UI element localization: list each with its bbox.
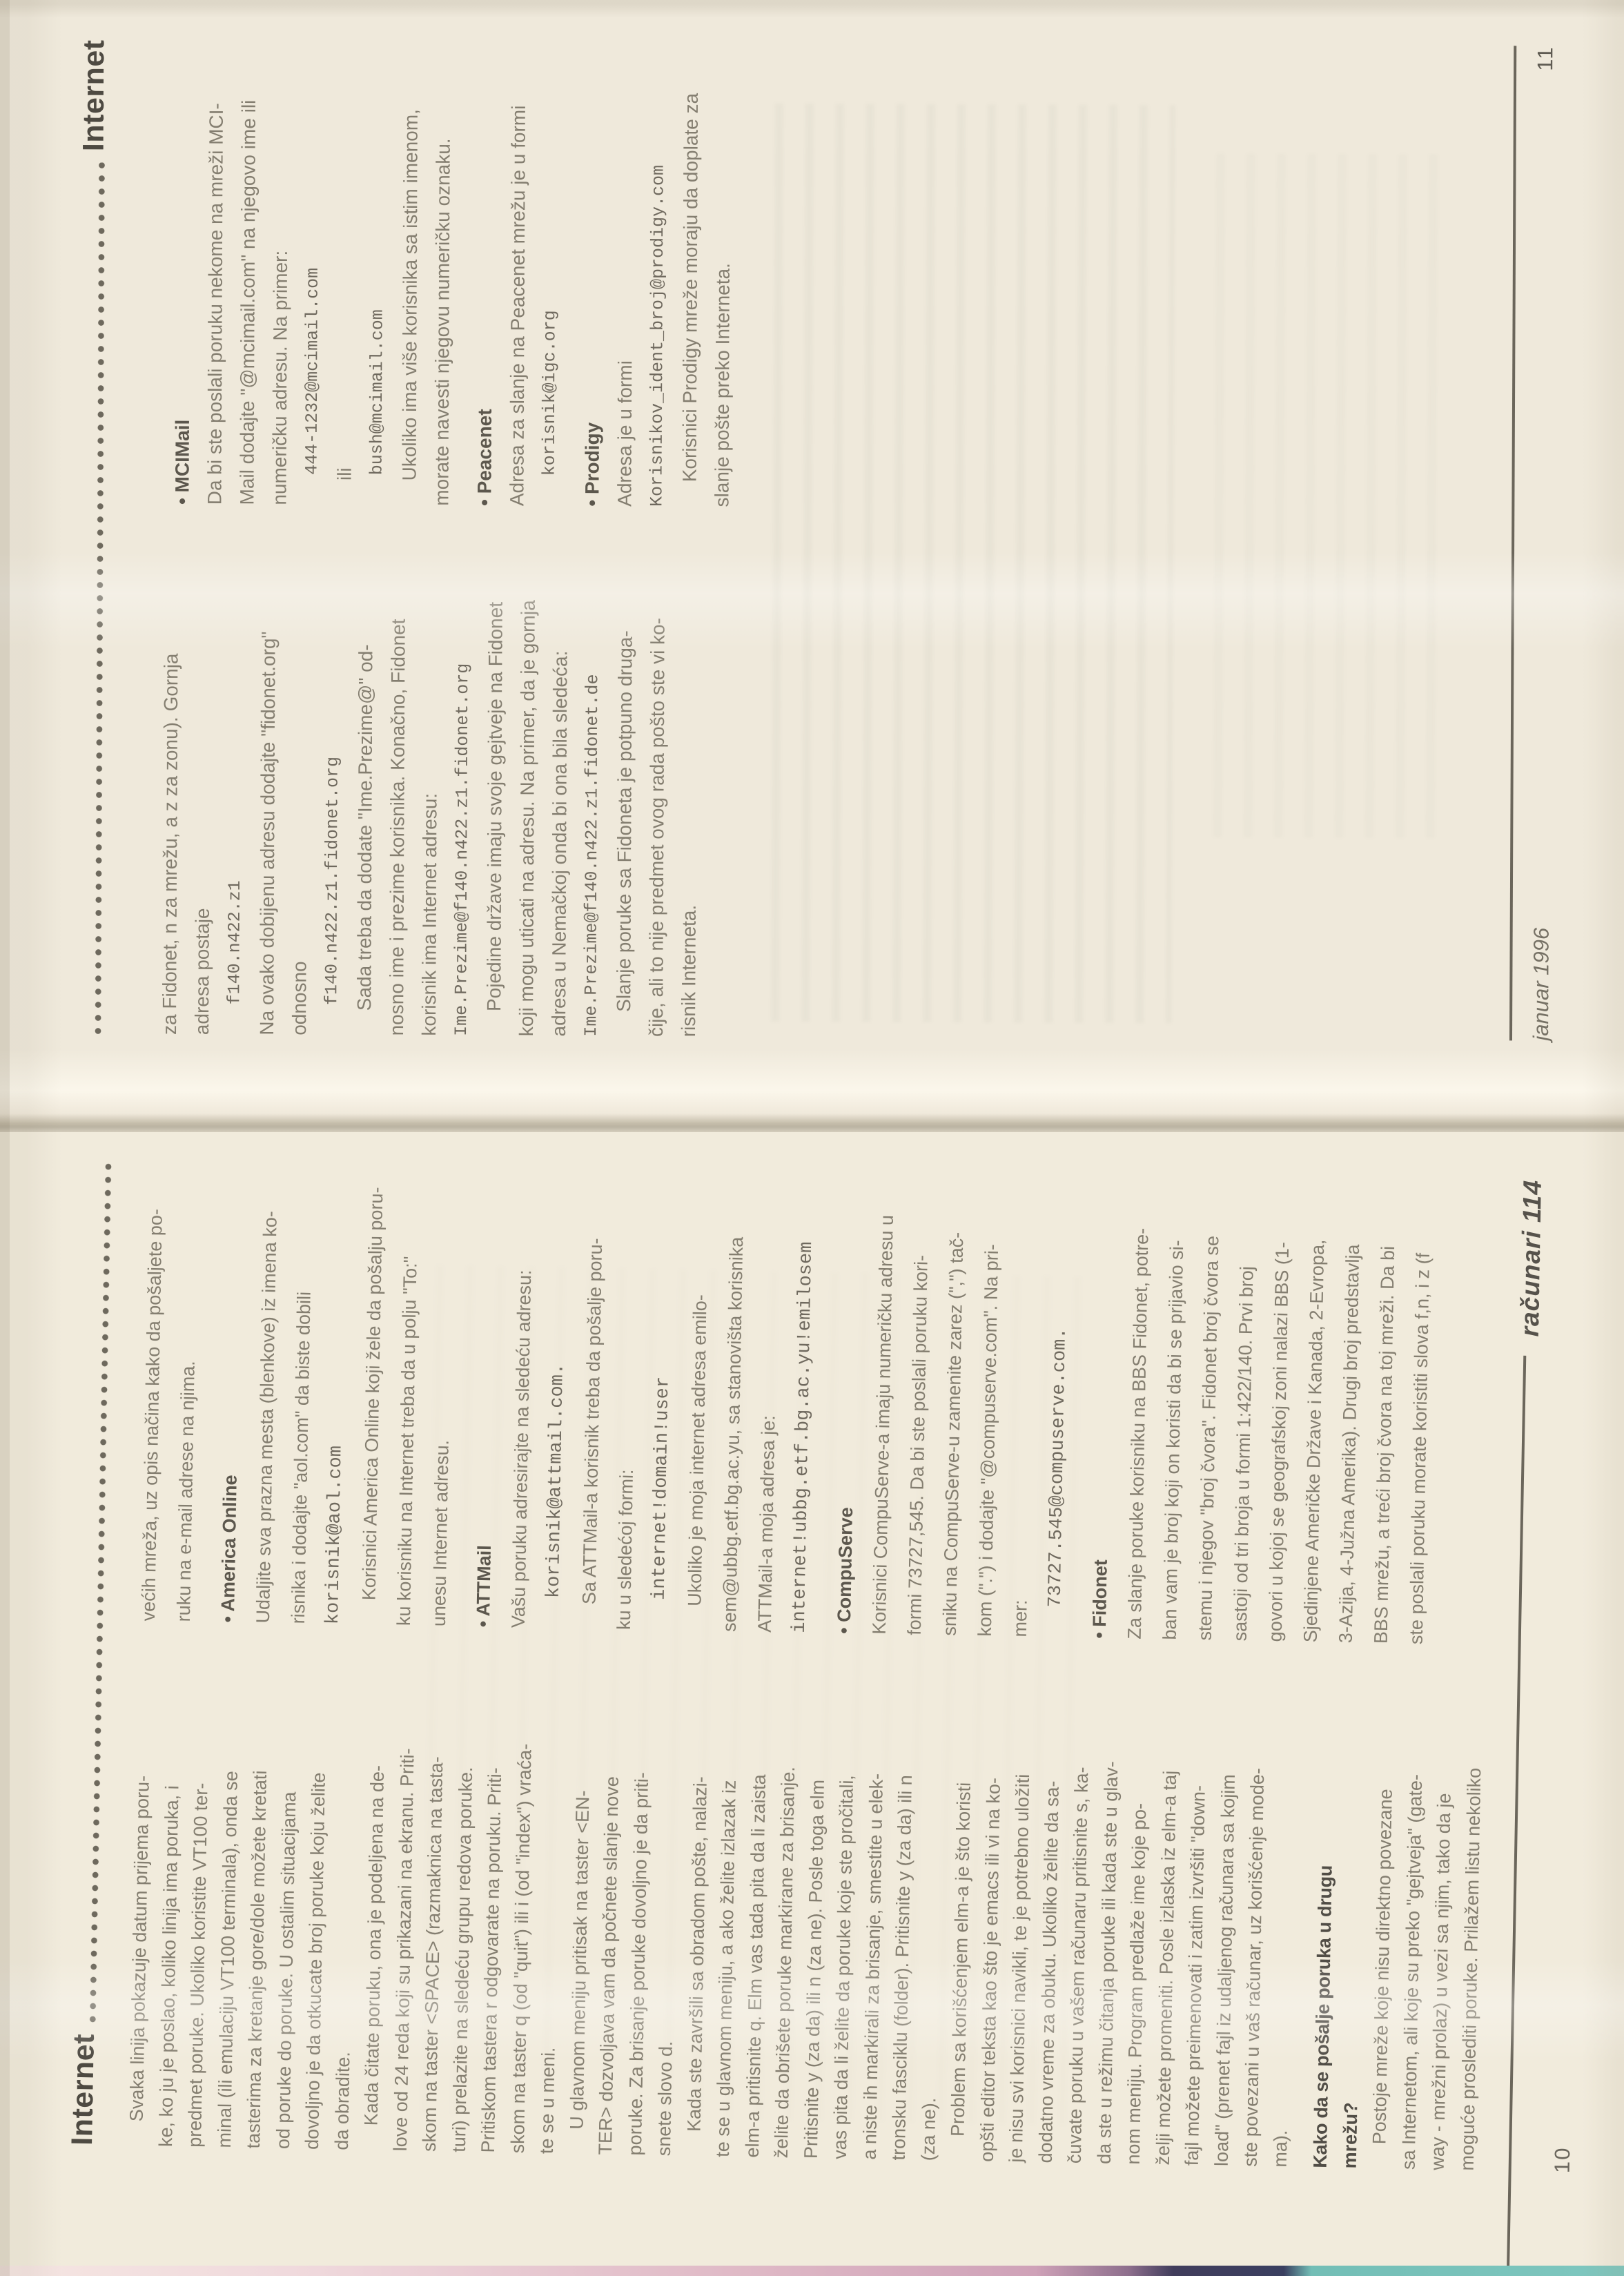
text-line: slanje pošte preko Interneta. xyxy=(705,42,740,507)
text-line: • MCIMail xyxy=(166,40,200,505)
text-line: korisnik ima Internet adresu: xyxy=(413,571,447,1035)
text-line: unesu Internet adresu. xyxy=(422,1167,465,1627)
text-line: f140.n422.z1.fidonet.org xyxy=(315,571,350,1035)
text-line: odnosno xyxy=(283,571,317,1035)
text-line: • Peacenet xyxy=(468,41,502,506)
text-line: Slanje poruke sa Fidoneta je potpuno dru… xyxy=(607,572,642,1037)
scanned-magazine-spread: Internet za Fidonet, n za mrežu, a z za … xyxy=(0,0,1624,2276)
text-line: čije, ali to nije predmet ovog rada pošt… xyxy=(640,572,674,1037)
page11-left-column: za Fidonet, n za mrežu, a z za zonu). Go… xyxy=(153,570,738,1038)
text-line: koji mogu uticati na adresu. Na primer, … xyxy=(510,572,545,1036)
text-line: Ime.Prezime@f140.n422.z1.fidonet.org xyxy=(445,572,480,1036)
text-line: internet!ubbg.etf.bg.ac.yu!emilosem xyxy=(783,1173,826,1633)
text-line: ste poslali poruku morate koristiti slov… xyxy=(1399,1185,1442,1645)
text-line: adresa postaje xyxy=(186,570,220,1035)
page-number-10: 10 xyxy=(1550,1180,1593,2173)
footer-issue-date: januar 1996 xyxy=(1529,928,1554,1041)
bleed-through-ghost xyxy=(1213,154,1458,839)
text-line: Da bi ste poslali poruku nekome na mreži… xyxy=(198,40,233,505)
text-line: Na ovako dobijenu adresu dodajte "fidone… xyxy=(251,570,285,1035)
section-title: Internet xyxy=(79,39,110,151)
next-page-edge-strip xyxy=(0,2266,1624,2276)
text-line: f140.n422.z1 xyxy=(218,570,253,1035)
footer-rule xyxy=(1507,1356,1526,2266)
page10-right-column: većih mreža, uz opis načina kako da poša… xyxy=(131,1161,1500,1646)
page10-footer: računari 114 10 xyxy=(1498,1180,1593,2266)
text-line: Korisnikov_ident_broj@prodigy.com xyxy=(640,42,675,507)
dotted-leader xyxy=(95,162,106,1034)
text-line: 73727.545@compuserve.com. xyxy=(1038,1178,1082,1638)
text-line: Adresa za slanje na Peacenet mrežu je u … xyxy=(500,41,535,506)
text-line: Ukoliko ima više korisnika sa istim imen… xyxy=(393,41,427,505)
page11-columns: za Fidonet, n za mrežu, a z za zonu). Go… xyxy=(153,40,740,1038)
text-line: bush@mcimail.com xyxy=(360,41,395,505)
page-number-11: 11 xyxy=(1533,46,1558,71)
section-title: Internet xyxy=(68,2034,99,2146)
text-line: risnik Interneta. xyxy=(672,572,707,1037)
page10-left-column: Svaka linija pokazuje datum prijema poru… xyxy=(121,1686,1490,2171)
text-line: Mail dodajte "@mcimail.com" na njegovo i… xyxy=(231,40,265,505)
page11-running-head: Internet xyxy=(75,39,109,1034)
page11-right-column: • MCIMailDa bi ste poslali poruku nekome… xyxy=(155,40,740,507)
page10-running-head: Internet xyxy=(68,1160,115,2146)
page11-footer: januar 1996 11 xyxy=(1509,46,1558,1040)
page-10: Internet Svaka linija pokazuje datum pri… xyxy=(0,1132,1624,2266)
text-line: morate navesti njegovu numeričku oznaku. xyxy=(425,41,460,506)
text-line: Pojedine države imaju svoje gejtveje na … xyxy=(478,572,512,1036)
page-11: Internet za Fidonet, n za mrežu, a z za … xyxy=(0,0,1624,1125)
bleed-through-ghost xyxy=(771,104,1175,1024)
text-line: nosno ime i prezime korisnika. Konačno, … xyxy=(380,571,415,1035)
text-line: adresa u Nemačkoj onda bi ona bila slede… xyxy=(542,572,577,1036)
text-line: • Prodigy xyxy=(576,42,610,507)
text-line: numeričku adresu. Na primer: xyxy=(263,41,297,505)
footer-rule xyxy=(1509,46,1516,1040)
magazine-name: računari 114 xyxy=(1516,1180,1547,1337)
text-line: korisnik@igc.org xyxy=(533,41,567,506)
page10-columns: Svaka linija pokazuje datum prijema poru… xyxy=(121,1161,1500,2171)
text-line: Sada treba da dodate "Ime.Prezime@" od- xyxy=(348,571,382,1035)
text-line: Ime.Prezime@f140.n422.z1.fidonet.de xyxy=(575,572,609,1037)
text-line: ili xyxy=(328,41,362,505)
text-line: 444-1232@mcimail.com xyxy=(295,41,330,505)
text-line: za Fidonet, n za mrežu, a z za zonu). Go… xyxy=(153,570,188,1035)
dotted-leader xyxy=(89,1160,112,2023)
text-line: Adresa je u formi xyxy=(608,42,643,507)
text-line: Korisnici Prodigy mreže moraju da doplat… xyxy=(673,42,707,507)
